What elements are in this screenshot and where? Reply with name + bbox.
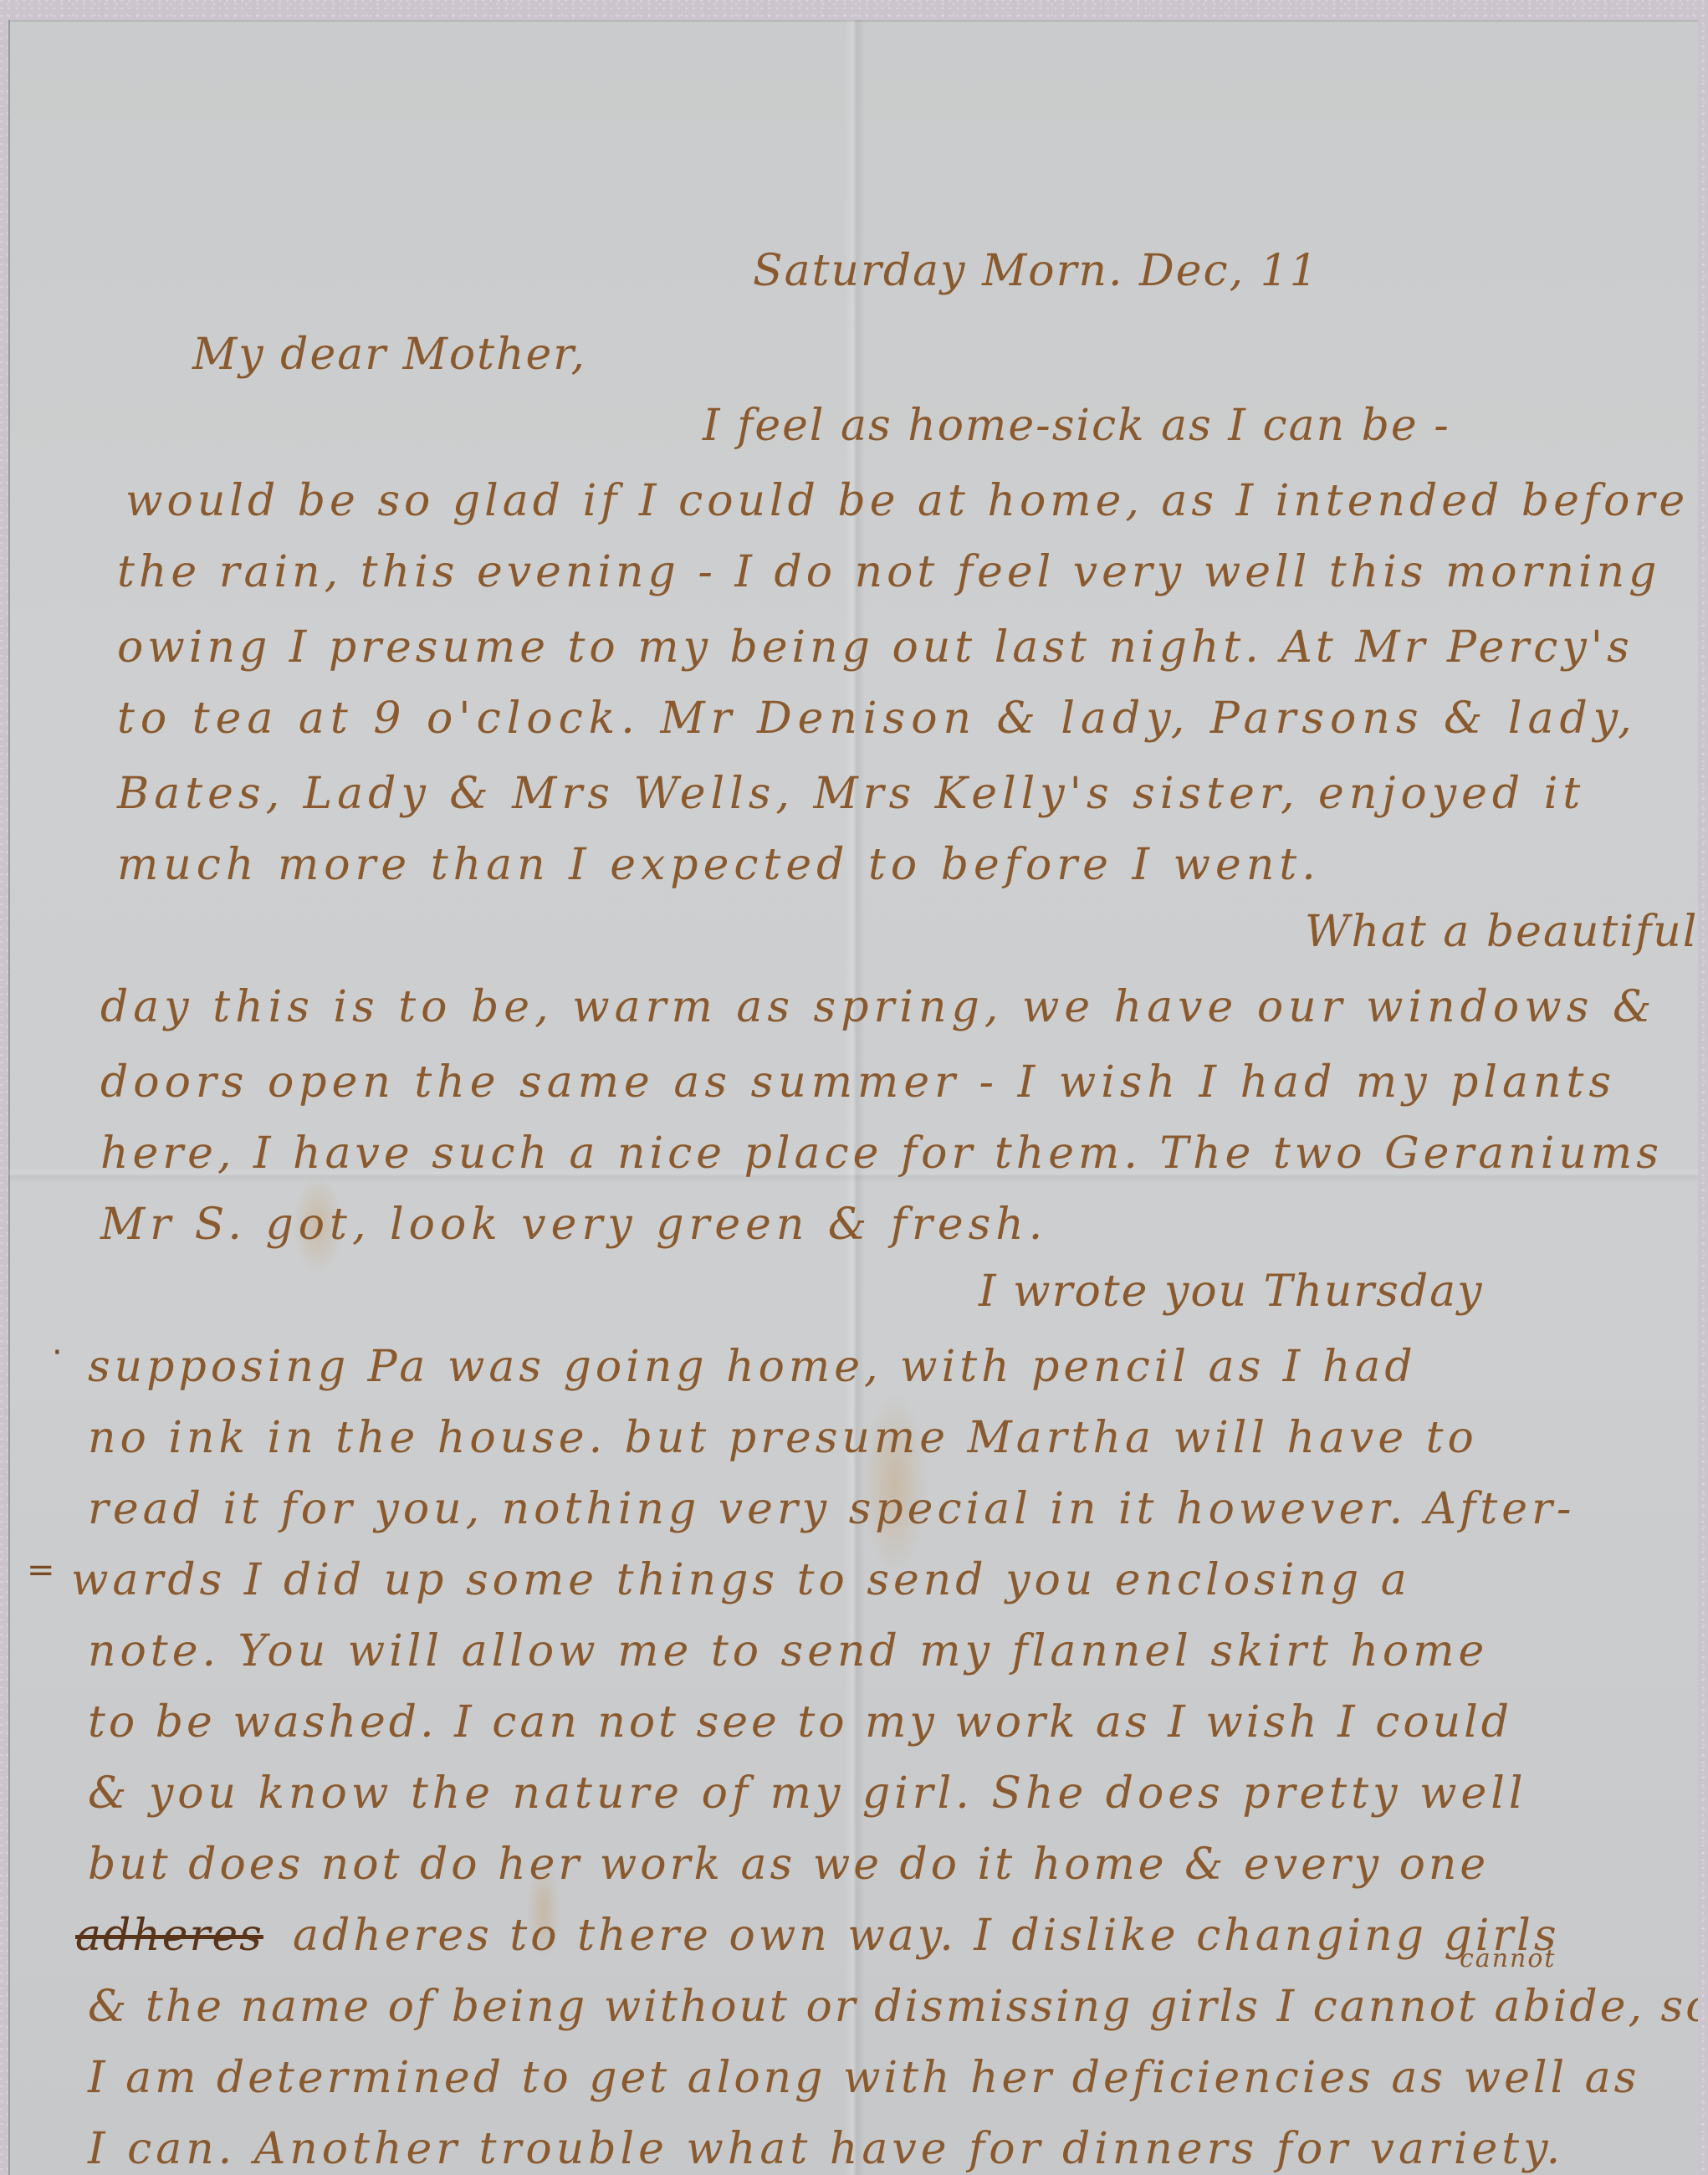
- dateline: Saturday Morn. Dec, 11: [753, 246, 1319, 296]
- letter-line: to be washed. I can not see to my work a…: [88, 1697, 1512, 1748]
- letter-line: day this is to be, warm as spring, we ha…: [100, 982, 1656, 1032]
- letter-line: but does not do her work as we do it hom…: [88, 1840, 1489, 1890]
- letter-line: read it for you, nothing very special in…: [88, 1484, 1576, 1534]
- letter-line: & you know the nature of my girl. She do…: [88, 1768, 1527, 1819]
- letter-line: note. You will allow me to send my flann…: [88, 1626, 1488, 1676]
- letter-line: the rain, this evening - I do not feel v…: [117, 547, 1660, 597]
- letter-line: Bates, Lady & Mrs Wells, Mrs Kelly's sis…: [117, 769, 1585, 819]
- letter-line: & the name of being without or dismissin…: [88, 1982, 1698, 2032]
- salutation: My dear Mother,: [192, 330, 586, 380]
- letter-line: doors open the same as summer - I wish I…: [100, 1057, 1616, 1108]
- letter-line: Mr S. got, look very green & fresh.: [100, 1200, 1047, 1250]
- letter-line: wards I did up some things to send you e…: [71, 1555, 1411, 1605]
- letter-line: I wrote you Thursday: [979, 1267, 1484, 1317]
- letter-line: What a beautiful: [1305, 907, 1698, 957]
- letter-line: here, I have such a nice place for them.…: [100, 1128, 1663, 1179]
- margin-dot: ·: [52, 1333, 63, 1372]
- interlinear-insertion: cannot: [1460, 1944, 1556, 1973]
- struck-out-word: adheres: [75, 1911, 263, 1961]
- letter-page: Saturday Morn. Dec, 11 My dear Mother, I…: [8, 20, 1698, 2175]
- letter-line: much more than I expected to before I we…: [117, 840, 1321, 890]
- letter-line: I am determined to get along with her de…: [88, 2053, 1639, 2103]
- letter-line: I feel as home-sick as I can be -: [703, 401, 1450, 451]
- margin-hyphen: =: [27, 1551, 55, 1589]
- letter-line: to tea at 9 o'clock. Mr Denison & lady, …: [117, 693, 1638, 744]
- letter-line: would be so glad if I could be at home, …: [125, 476, 1689, 526]
- letter-line: supposing Pa was going home, with pencil…: [88, 1342, 1417, 1392]
- letter-line: no ink in the house. but presume Martha …: [88, 1413, 1478, 1463]
- letter-line: adheres to there own way. I dislike chan…: [293, 1911, 1560, 1961]
- letter-line: owing I presume to my being out last nig…: [117, 622, 1634, 673]
- letter-line: I can. Another trouble what have for din…: [88, 2124, 1564, 2174]
